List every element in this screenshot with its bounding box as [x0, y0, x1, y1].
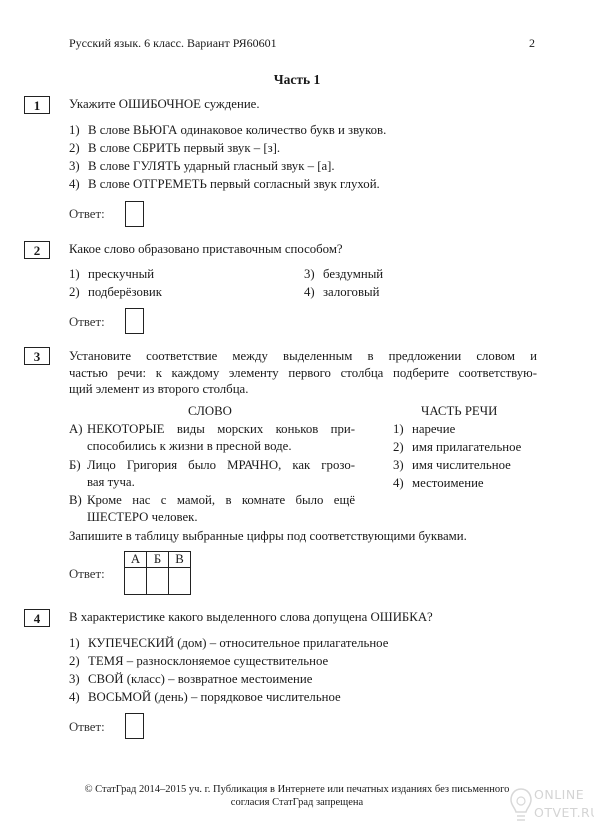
question-2-text: Какое слово образовано приставочным спос…: [69, 242, 343, 257]
question-1-text: Укажите ОШИБОЧНОЕ суждение.: [69, 97, 260, 112]
answer-label-3: Ответ:: [69, 567, 105, 582]
question-2-option-1: 1)прескучный: [69, 267, 154, 282]
document-header-title: Русский язык. 6 класс. Вариант РЯ60601: [69, 36, 277, 51]
copyright-footer: © СтатГрад 2014–2015 уч. г. Публикация в…: [0, 783, 594, 809]
question-2-option-4: 4)залоговый: [304, 285, 379, 300]
part-title: Часть 1: [0, 72, 594, 88]
answer-cell-b[interactable]: [147, 568, 169, 595]
answer-table-header-c: В: [169, 552, 191, 568]
question-1-option-1: 1)В слове ВЬЮГА одинаковое количество бу…: [69, 123, 386, 138]
watermark-line2: OTVET.RU: [534, 805, 594, 820]
page-number: 2: [529, 36, 535, 51]
question-1-option-2: 2)В слове СБРИТЬ первый звук – [з].: [69, 141, 280, 156]
question-number-2: 2: [24, 241, 50, 259]
watermark-line1: ONLINE: [534, 787, 584, 802]
question-number-3: 3: [24, 347, 50, 365]
answer-box-2[interactable]: [125, 308, 144, 334]
answer-table-header-b: Б: [147, 552, 169, 568]
answer-label-4: Ответ:: [69, 720, 105, 735]
answer-box-4[interactable]: [125, 713, 144, 739]
question-4-option-4: 4)ВОСЬМОЙ (день) – порядковое числительн…: [69, 690, 341, 705]
question-4-option-2: 2)ТЕМЯ – разносклоняемое существительное: [69, 654, 328, 669]
part-of-speech-1: 1)наречие: [393, 422, 455, 437]
part-of-speech-2: 2)имя прилагательное: [393, 440, 521, 455]
answer-cell-a[interactable]: [125, 568, 147, 595]
part-of-speech-3: 3)имя числительное: [393, 458, 511, 473]
match-word-b: Б) Лицо Григория было МРАЧНО, как грозо-…: [69, 457, 355, 490]
question-1-option-3: 3)В слове ГУЛЯТЬ ударный гласный звук – …: [69, 159, 335, 174]
answer-table-header-a: А: [125, 552, 147, 568]
question-number-4: 4: [24, 609, 50, 627]
question-2-option-2: 2)подберёзовик: [69, 285, 162, 300]
match-word-c: В) Кроме нас с мамой, в комнате было ещё…: [69, 492, 355, 525]
answer-table-3: А Б В: [124, 551, 191, 595]
column-header-word: СЛОВО: [188, 404, 232, 419]
question-4-text: В характеристике какого выделенного слов…: [69, 610, 433, 625]
answer-cell-c[interactable]: [169, 568, 191, 595]
question-3-text: Установите соответствие между выделенным…: [69, 348, 537, 398]
question-3-instruction: Запишите в таблицу выбранные цифры под с…: [69, 529, 467, 544]
column-header-part-of-speech: ЧАСТЬ РЕЧИ: [421, 404, 497, 419]
question-4-option-1: 1)КУПЕЧЕСКИЙ (дом) – относительное прила…: [69, 636, 388, 651]
question-number-1: 1: [24, 96, 50, 114]
question-4-option-3: 3)СВОЙ (класс) – возвратное местоимение: [69, 672, 312, 687]
answer-label-1: Ответ:: [69, 207, 105, 222]
lightbulb-icon: [510, 787, 532, 827]
part-of-speech-4: 4)местоимение: [393, 476, 484, 491]
question-1-option-4: 4)В слове ОТГРЕМЕТЬ первый согласный зву…: [69, 177, 380, 192]
watermark: ONLINE OTVET.RU: [510, 785, 594, 835]
match-word-a: А) НЕКОТОРЫЕ виды морских коньков при- с…: [69, 421, 355, 454]
answer-label-2: Ответ:: [69, 315, 105, 330]
question-2-option-3: 3)бездумный: [304, 267, 383, 282]
answer-box-1[interactable]: [125, 201, 144, 227]
